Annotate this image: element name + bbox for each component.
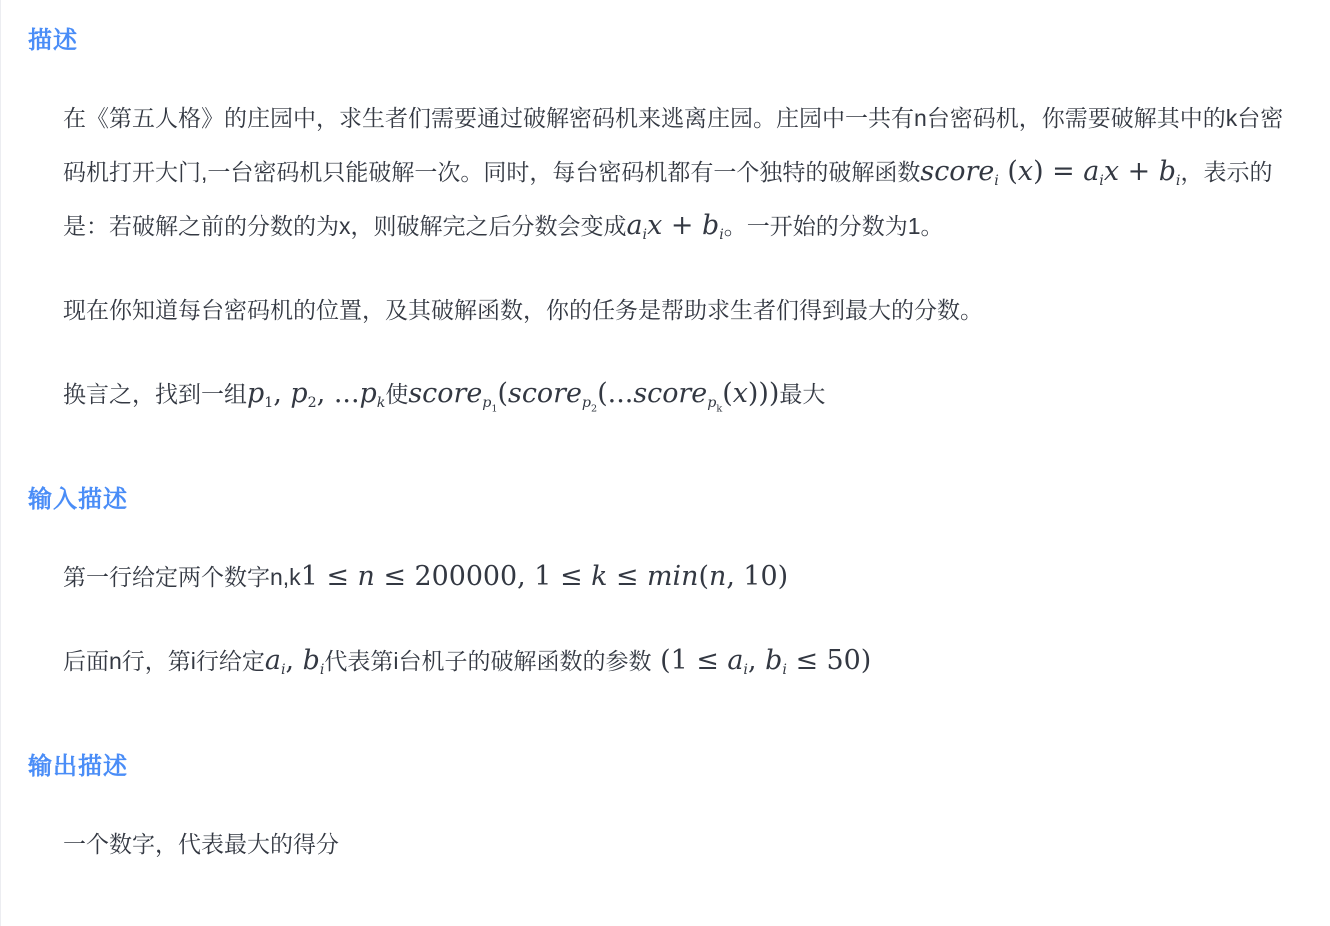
- output-paragraph-1: 一个数字，代表最大的得分: [63, 817, 1304, 871]
- text-segment: 一个数字，代表最大的得分: [63, 831, 339, 857]
- math-roman-segment: (: [722, 378, 733, 409]
- math-italic-segment: x: [1018, 156, 1033, 187]
- math-italic-segment: p: [247, 378, 264, 409]
- text-segment: 换言之，找到一组: [63, 381, 247, 407]
- math-italic-segment: x: [733, 378, 748, 409]
- math-italic-segment: b: [702, 210, 719, 241]
- math-subscript: 2: [308, 395, 317, 411]
- math-italic-segment: score: [408, 378, 482, 409]
- description-paragraph-2: 现在你知道每台密码机的位置，及其破解函数，你的任务是帮助求生者们得到最大的分数。: [63, 283, 1304, 337]
- math-subscript: 1: [264, 395, 273, 411]
- text-segment: 第一行给定两个数字n,k: [63, 564, 301, 590]
- description-section-heading: 描述: [28, 26, 1304, 55]
- text-segment: 代表第i台机子的破解函数的参数: [324, 648, 651, 674]
- input-paragraph-1: 第一行给定两个数字n,k1 ≤ n ≤ 200000, 1 ≤ k ≤ min(…: [63, 550, 1304, 604]
- text-segment: 。一开始的分数为1。: [724, 213, 944, 239]
- math-roman-segment: ))): [748, 378, 780, 409]
- math-subscript: p: [707, 395, 716, 411]
- math-italic-segment: min: [647, 561, 698, 592]
- math-roman-segment: ≤: [607, 561, 647, 592]
- math-subscript: p: [582, 395, 591, 411]
- math-roman-segment: ,: [286, 645, 303, 676]
- math-roman-segment: (: [698, 561, 709, 592]
- math-roman-segment: +: [662, 210, 702, 241]
- math-italic-segment: score: [633, 378, 707, 409]
- math-italic-segment: n: [709, 561, 726, 592]
- text-segment: 使: [385, 381, 408, 407]
- math-roman-segment: +: [1119, 156, 1159, 187]
- math-italic-segment: x: [1104, 156, 1119, 187]
- math-roman-segment: ,: [748, 645, 765, 676]
- math-italic-segment: a: [265, 645, 281, 676]
- math-roman-segment: 1 ≤: [301, 561, 358, 592]
- math-italic-segment: b: [303, 645, 320, 676]
- text-segment: 现在你知道每台密码机的位置，及其破解函数，你的任务是帮助求生者们得到最大的分数。: [63, 297, 983, 323]
- math-italic-segment: k: [591, 561, 607, 592]
- output-section-heading: 输出描述: [28, 752, 1304, 781]
- math-roman-segment: (...: [597, 378, 633, 409]
- math-roman-segment: ≤ 200000, 1 ≤: [375, 561, 591, 592]
- input-section-heading: 输入描述: [28, 485, 1304, 514]
- math-roman-segment: , ...: [317, 378, 360, 409]
- problem-statement-panel: 描述 在《第五人格》的庄园中，求生者们需要通过破解密码机来逃离庄园。庄园中一共有…: [1, 0, 1330, 926]
- math-roman-segment: (1 ≤: [652, 645, 728, 676]
- math-roman-segment: ,: [273, 378, 290, 409]
- math-italic-segment: p: [360, 378, 377, 409]
- math-italic-segment: a: [1083, 156, 1099, 187]
- math-italic-segment: b: [765, 645, 782, 676]
- math-roman-segment: (: [498, 378, 509, 409]
- text-segment: 最大: [779, 381, 825, 407]
- math-italic-segment: p: [290, 378, 307, 409]
- math-subscript: p: [482, 395, 491, 411]
- text-segment: 后面n行，第i行给定: [63, 648, 265, 674]
- math-roman-segment: ≤ 50): [787, 645, 871, 676]
- math-roman-segment: (: [999, 156, 1018, 187]
- description-paragraph-1: 在《第五人格》的庄园中，求生者们需要通过破解密码机来逃离庄园。庄园中一共有n台密…: [63, 91, 1304, 253]
- math-roman-segment: ) =: [1033, 156, 1083, 187]
- input-paragraph-2: 后面n行，第i行给定ai, bi代表第i台机子的破解函数的参数 (1 ≤ ai,…: [63, 634, 1304, 688]
- math-italic-segment: a: [627, 210, 643, 241]
- math-roman-segment: , 10): [726, 561, 788, 592]
- math-italic-segment: b: [1159, 156, 1176, 187]
- math-italic-segment: a: [727, 645, 743, 676]
- math-italic-segment: score: [920, 156, 994, 187]
- description-paragraph-3: 换言之，找到一组p1, p2, ...pk使scorep1(scorep2(..…: [63, 367, 1304, 421]
- math-italic-segment: x: [647, 210, 662, 241]
- math-italic-segment: n: [357, 561, 374, 592]
- math-italic-segment: score: [508, 378, 582, 409]
